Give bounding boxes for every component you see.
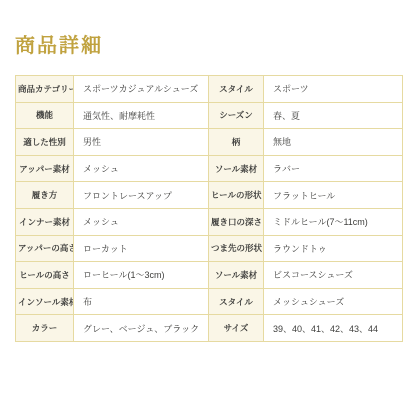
- spec-label-cell: ヒールの高さ: [16, 262, 74, 289]
- spec-label-cell: 履き方: [16, 182, 74, 209]
- spec-table-row: アッパー素材 メッシュ ソール素材 ラバー: [16, 155, 403, 182]
- spec-table-row: インナー素材 メッシュ 履き口の深さ ミドルヒール(7～11cm): [16, 208, 403, 235]
- spec-table-row: 商品カテゴリー スポーツカジュアルシューズ スタイル スポーツ: [16, 76, 403, 103]
- spec-label-cell: サイズ: [209, 315, 264, 342]
- product-details-page: 商品詳細 商品カテゴリー スポーツカジュアルシューズ スタイル スポーツ 機能 …: [0, 0, 416, 416]
- spec-table-row: 機能 通気性、耐摩耗性 シーズン 春、夏: [16, 102, 403, 129]
- spec-value-cell: フラットヒール: [264, 182, 403, 209]
- product-details-table: 商品カテゴリー スポーツカジュアルシューズ スタイル スポーツ 機能 通気性、耐…: [15, 75, 403, 342]
- spec-table-row: 適した性別 男性 柄 無地: [16, 129, 403, 156]
- spec-table-row: インソール素材 布 スタイル メッシュシューズ: [16, 288, 403, 315]
- spec-label-cell: 履き口の深さ: [209, 208, 264, 235]
- spec-value-cell: 通気性、耐摩耗性: [74, 102, 209, 129]
- spec-table-row: ヒールの高さ ローヒール(1～3cm) ソール素材 ビスコースシューズ: [16, 262, 403, 289]
- spec-value-cell: フロントレースアップ: [74, 182, 209, 209]
- spec-value-cell: ラウンドトゥ: [264, 235, 403, 262]
- spec-value-cell: メッシュシューズ: [264, 288, 403, 315]
- spec-value-cell: グレー、ベージュ、ブラック: [74, 315, 209, 342]
- spec-value-cell: ローカット: [74, 235, 209, 262]
- product-details-table-body: 商品カテゴリー スポーツカジュアルシューズ スタイル スポーツ 機能 通気性、耐…: [16, 76, 403, 342]
- spec-value-cell: スポーツ: [264, 76, 403, 103]
- spec-table-row: アッパーの高さ ローカット つま先の形状 ラウンドトゥ: [16, 235, 403, 262]
- spec-label-cell: 商品カテゴリー: [16, 76, 74, 103]
- spec-value-cell: 春、夏: [264, 102, 403, 129]
- spec-value-cell: ローヒール(1～3cm): [74, 262, 209, 289]
- spec-label-cell: スタイル: [209, 76, 264, 103]
- spec-value-cell: メッシュ: [74, 208, 209, 235]
- spec-label-cell: カラー: [16, 315, 74, 342]
- spec-label-cell: 柄: [209, 129, 264, 156]
- spec-label-cell: アッパーの高さ: [16, 235, 74, 262]
- spec-label-cell: ソール素材: [209, 262, 264, 289]
- spec-label-cell: つま先の形状: [209, 235, 264, 262]
- spec-label-cell: スタイル: [209, 288, 264, 315]
- spec-value-cell: 布: [74, 288, 209, 315]
- spec-label-cell: アッパー素材: [16, 155, 74, 182]
- spec-table-row: 履き方 フロントレースアップ ヒールの形状 フラットヒール: [16, 182, 403, 209]
- spec-label-cell: インソール素材: [16, 288, 74, 315]
- spec-table-row: カラー グレー、ベージュ、ブラック サイズ 39、40、41、42、43、44: [16, 315, 403, 342]
- spec-label-cell: インナー素材: [16, 208, 74, 235]
- spec-label-cell: ヒールの形状: [209, 182, 264, 209]
- spec-label-cell: 機能: [16, 102, 74, 129]
- spec-label-cell: シーズン: [209, 102, 264, 129]
- page-title: 商品詳細: [15, 33, 103, 59]
- spec-label-cell: ソール素材: [209, 155, 264, 182]
- spec-value-cell: 男性: [74, 129, 209, 156]
- spec-value-cell: メッシュ: [74, 155, 209, 182]
- spec-value-cell: スポーツカジュアルシューズ: [74, 76, 209, 103]
- spec-value-cell: ビスコースシューズ: [264, 262, 403, 289]
- spec-label-cell: 適した性別: [16, 129, 74, 156]
- spec-value-cell: ラバー: [264, 155, 403, 182]
- spec-value-cell: 無地: [264, 129, 403, 156]
- spec-value-cell: 39、40、41、42、43、44: [264, 315, 403, 342]
- spec-value-cell: ミドルヒール(7～11cm): [264, 208, 403, 235]
